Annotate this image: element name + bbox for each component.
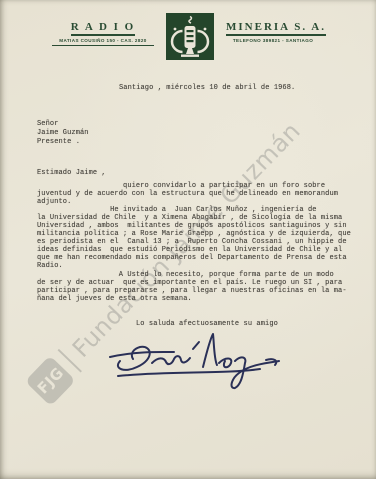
carbon-microphone-icon <box>166 13 214 60</box>
mineria-title: MINERIA S. A. <box>226 21 326 36</box>
letterhead-left: R A D I O MATIAS COUSIÑO 150 - CAS. 2820 <box>52 17 154 46</box>
dateline: Santiago , miércoles 10 de abril de 1968… <box>119 84 295 92</box>
radio-address: MATIAS COUSIÑO 150 - CAS. 2820 <box>52 38 154 43</box>
watermark-divider <box>58 349 82 373</box>
letterhead: R A D I O MATIAS COUSIÑO 150 - CAS. 2820 <box>0 0 376 70</box>
closing-line: Lo saluda afectuosamente su amigo <box>136 320 278 328</box>
mineria-phone: TELEFONO 389821 - SANTIAGO <box>226 38 320 43</box>
paragraph-3: A Usted lo necesito, porque forma parte … <box>37 271 347 303</box>
recipient-block: Señor Jaime Guzmán Presente . <box>37 120 89 147</box>
paragraph-1: quiero convidarlo a participar en un for… <box>37 182 338 206</box>
radio-title: R A D I O <box>71 21 135 36</box>
salutation: Estimado Jaime , <box>37 169 106 177</box>
fjg-logo: FJG <box>25 355 76 406</box>
letterhead-rule <box>52 45 154 46</box>
paragraph-2: He invitado a Juan Carlos Muñoz , ingeni… <box>37 206 351 270</box>
handwritten-signature <box>106 331 296 393</box>
letterhead-right: MINERIA S. A. TELEFONO 389821 - SANTIAGO <box>226 17 320 43</box>
scanned-letter-page: FJG Fundación Jaime Guzmán R A D I O MAT… <box>0 0 376 479</box>
